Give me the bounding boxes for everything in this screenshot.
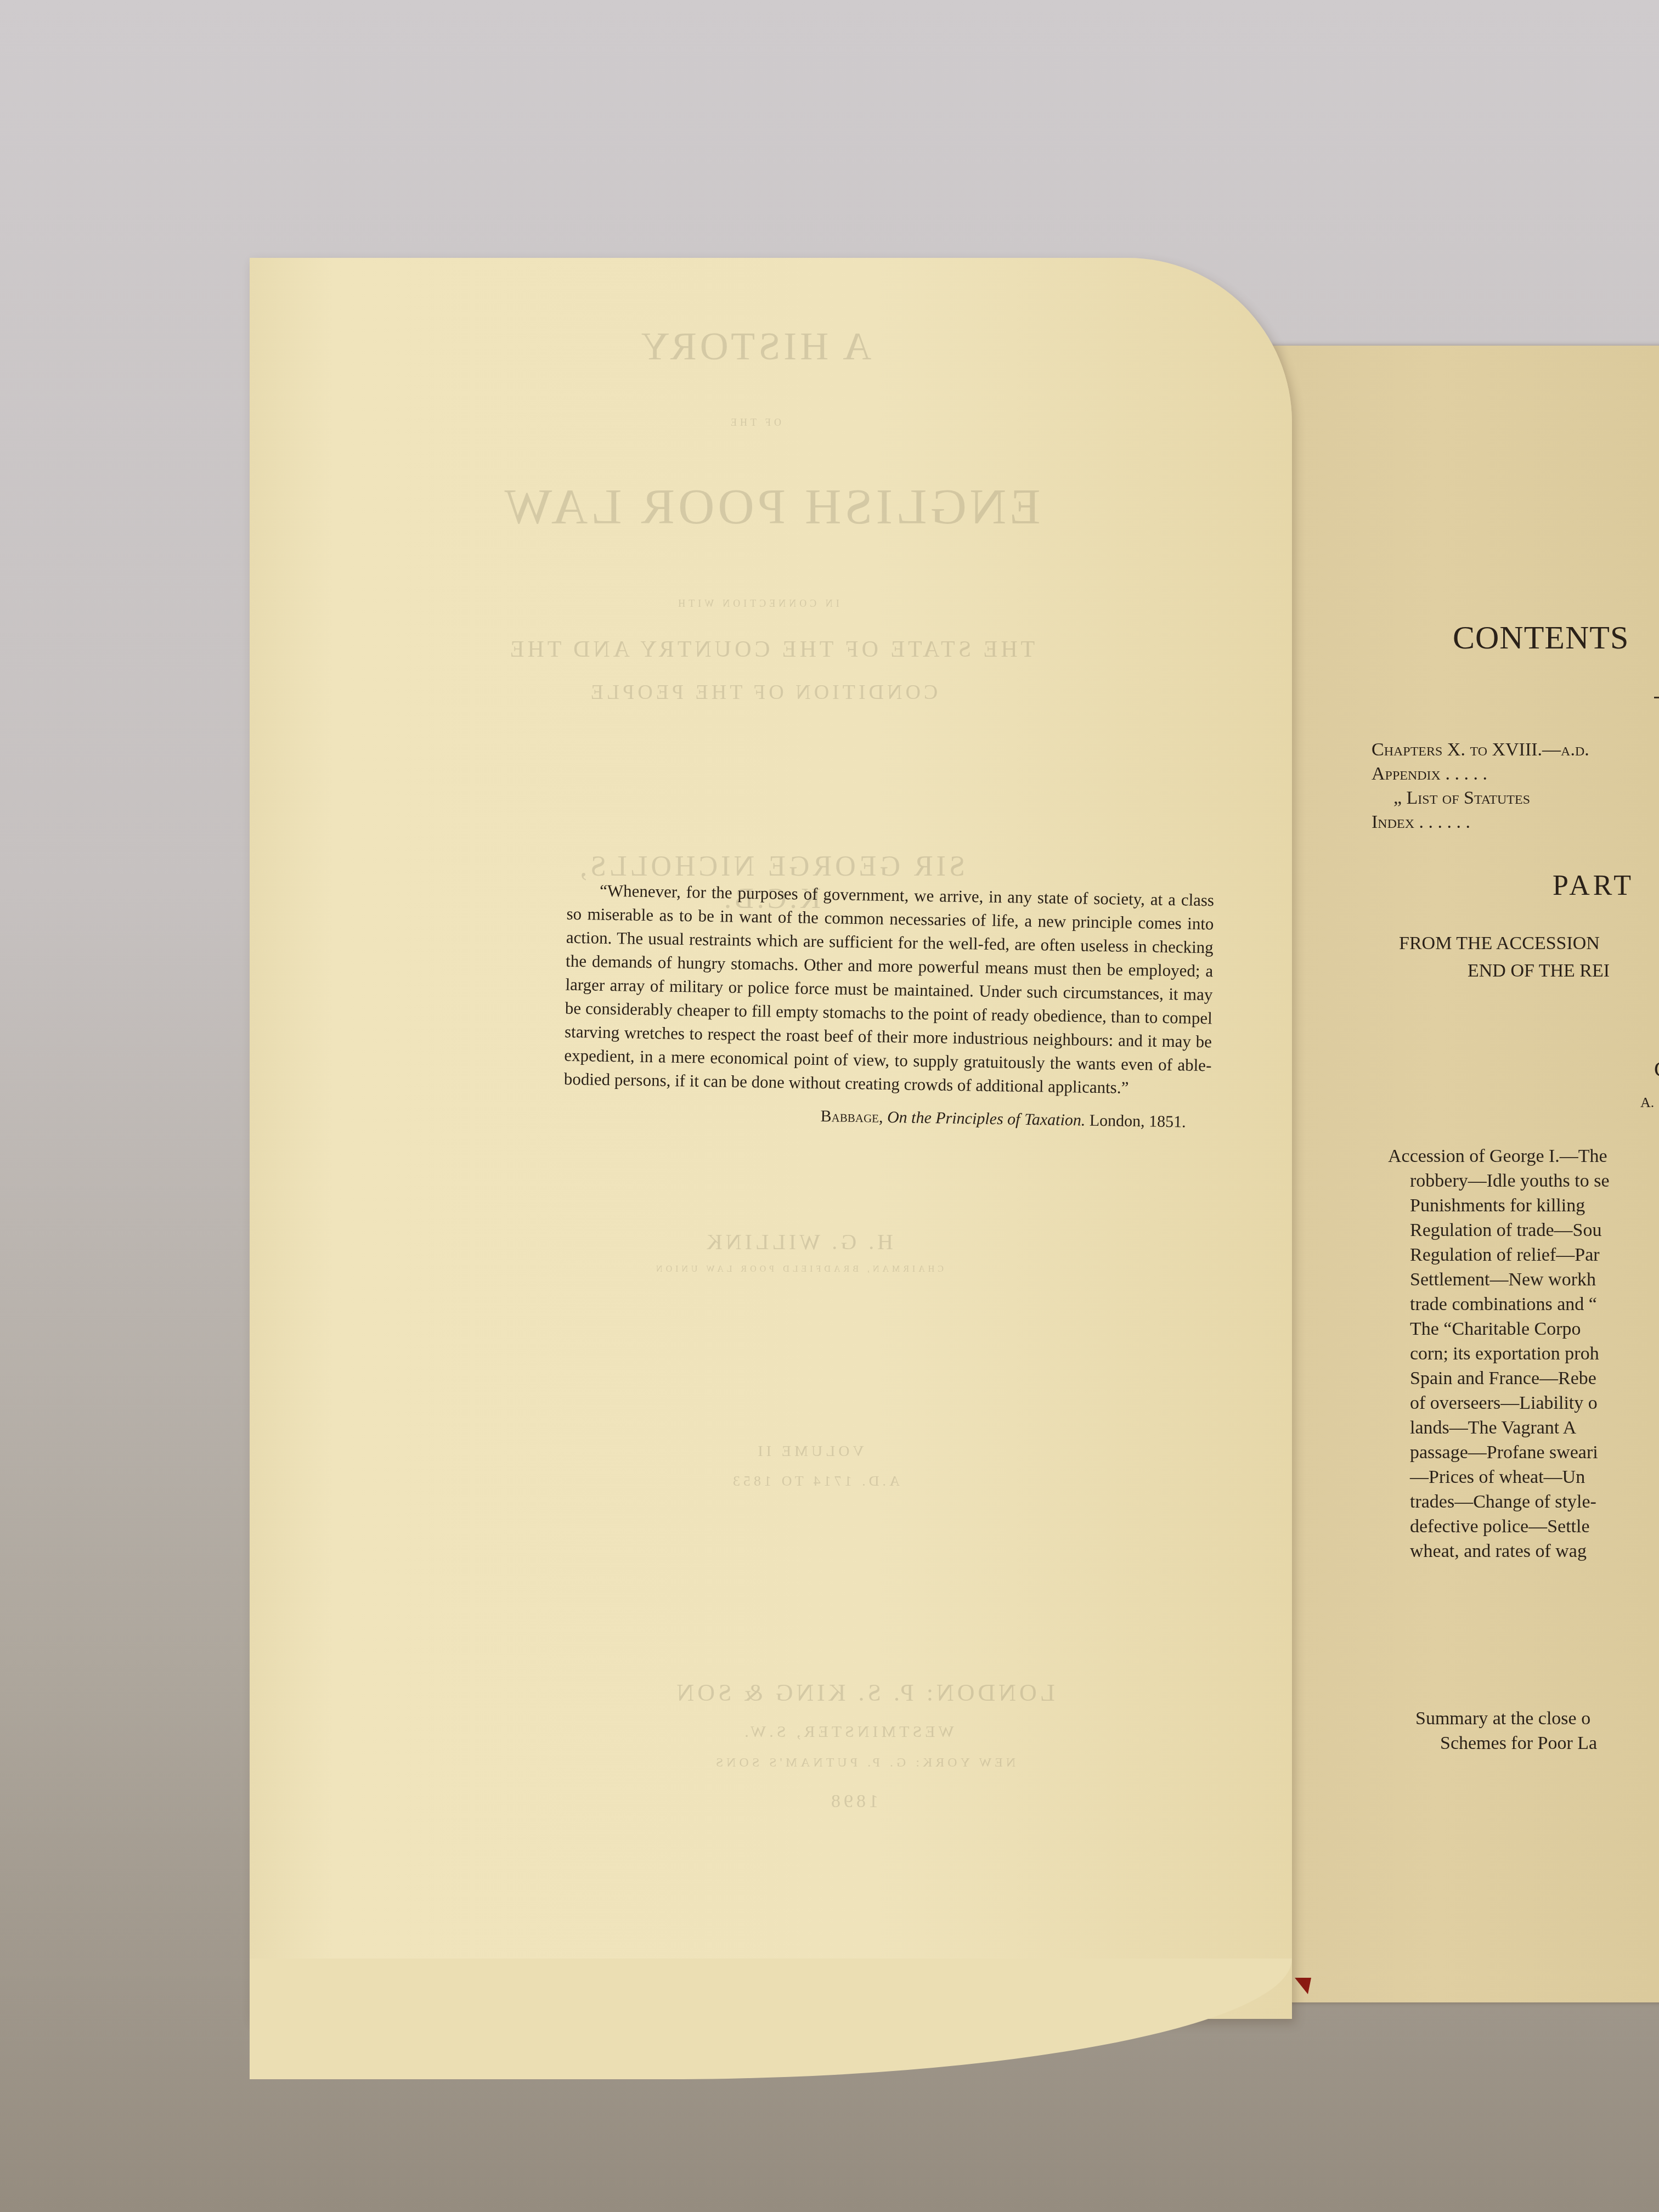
contents-rule — [1654, 697, 1659, 698]
summary-line: trades—Change of style- — [1388, 1489, 1610, 1514]
show-through-title: A HISTORY — [590, 324, 919, 369]
epigraph-place-year: London, 1851. — [1090, 1111, 1186, 1131]
summary-line: Regulation of trade—Sou — [1388, 1218, 1610, 1243]
show-through-volume: VOLUME II — [732, 1443, 886, 1460]
left-page: A HISTORY OF THE ENGLISH POOR LAW IN CON… — [250, 258, 1292, 2019]
show-through-ny: NEW YORK: G. P. PUTNAM'S SONS — [672, 1756, 1056, 1770]
show-through-publisher: LONDON: P. S. KING & SON — [634, 1679, 1094, 1707]
chapter-date: A. — [1640, 1094, 1654, 1111]
show-through-editor-title: CHAIRMAN, BRADFIELD POOR LAW UNION — [645, 1265, 952, 1274]
summary-line: passage—Profane sweari — [1388, 1440, 1610, 1465]
part-heading: PART — [1553, 870, 1634, 902]
toc-entry-appendix: Appendix . . . . . — [1372, 762, 1589, 786]
contents-title: CONTENTS — [1453, 619, 1629, 657]
summary-line: Punishments for killing — [1388, 1193, 1610, 1218]
part-subtitle-line-1: FROM THE ACCESSION — [1399, 930, 1610, 957]
summary-line: wheat, and rates of wag — [1388, 1539, 1610, 1564]
summary-line: defective police—Settle — [1388, 1514, 1610, 1539]
show-through-state-of-country: THE STATE OF THE COUNTRY AND THE — [469, 636, 1073, 663]
toc-list: Chapters X. to XVIII.—a.d. Appendix . . … — [1372, 738, 1589, 834]
summary-line: —Prices of wheat—Un — [1388, 1465, 1610, 1489]
summary-line: Regulation of relief—Par — [1388, 1243, 1610, 1267]
summary-line: Settlement—New workh — [1388, 1267, 1610, 1292]
show-through-year: 1898 — [809, 1791, 897, 1812]
epigraph-work: On the Principles of Taxation. — [887, 1108, 1086, 1130]
summary-line: The “Charitable Corpo — [1388, 1317, 1610, 1341]
epigraph: “Whenever, for the purposes of governmen… — [563, 878, 1215, 1134]
show-through-place: WESTMINSTER, S.W. — [710, 1723, 985, 1741]
toc-entry-index: Index . . . . . . — [1372, 810, 1589, 834]
toc-entry-chapters: Chapters X. to XVIII.—a.d. — [1372, 738, 1589, 762]
closing-summary: Summary at the close o Schemes for Poor … — [1415, 1706, 1597, 1756]
part-subtitle-line-2: END OF THE REI — [1399, 957, 1610, 985]
chapter-heading: C — [1654, 1056, 1659, 1082]
show-through-dates: A.D. 1714 TO 1853 — [721, 1473, 908, 1489]
toc-entry-statutes: „ List of Statutes — [1372, 786, 1589, 810]
show-through-editor: H. G. WILLINK — [689, 1229, 908, 1255]
show-through-english-poor-law: ENGLISH POOR LAW — [414, 477, 1127, 535]
epigraph-text: “Whenever, for the purposes of governmen… — [564, 878, 1215, 1101]
closing-line: Schemes for Poor La — [1415, 1731, 1597, 1756]
summary-line: of overseers—Liability o — [1388, 1391, 1610, 1415]
chapter-summary: Accession of George I.—The robbery—Idle … — [1388, 1144, 1610, 1564]
summary-line: lands—The Vagrant A — [1388, 1415, 1610, 1440]
summary-line: Accession of George I.—The — [1388, 1144, 1610, 1169]
epigraph-author: Babbage, — [820, 1107, 883, 1126]
show-through-of-the: OF THE — [699, 417, 809, 428]
show-through-in-connection: IN CONNECTION WITH — [634, 598, 881, 610]
summary-line: corn; its exportation proh — [1388, 1341, 1610, 1366]
summary-line: robbery—Idle youths to se — [1388, 1169, 1610, 1193]
closing-line: Summary at the close o — [1415, 1706, 1597, 1731]
part-subtitle: FROM THE ACCESSION END OF THE REI — [1399, 930, 1610, 985]
summary-line: Spain and France—Rebe — [1388, 1366, 1610, 1391]
show-through-condition: CONDITION OF THE PEOPLE — [557, 680, 968, 704]
summary-line: trade combinations and “ — [1388, 1292, 1610, 1317]
